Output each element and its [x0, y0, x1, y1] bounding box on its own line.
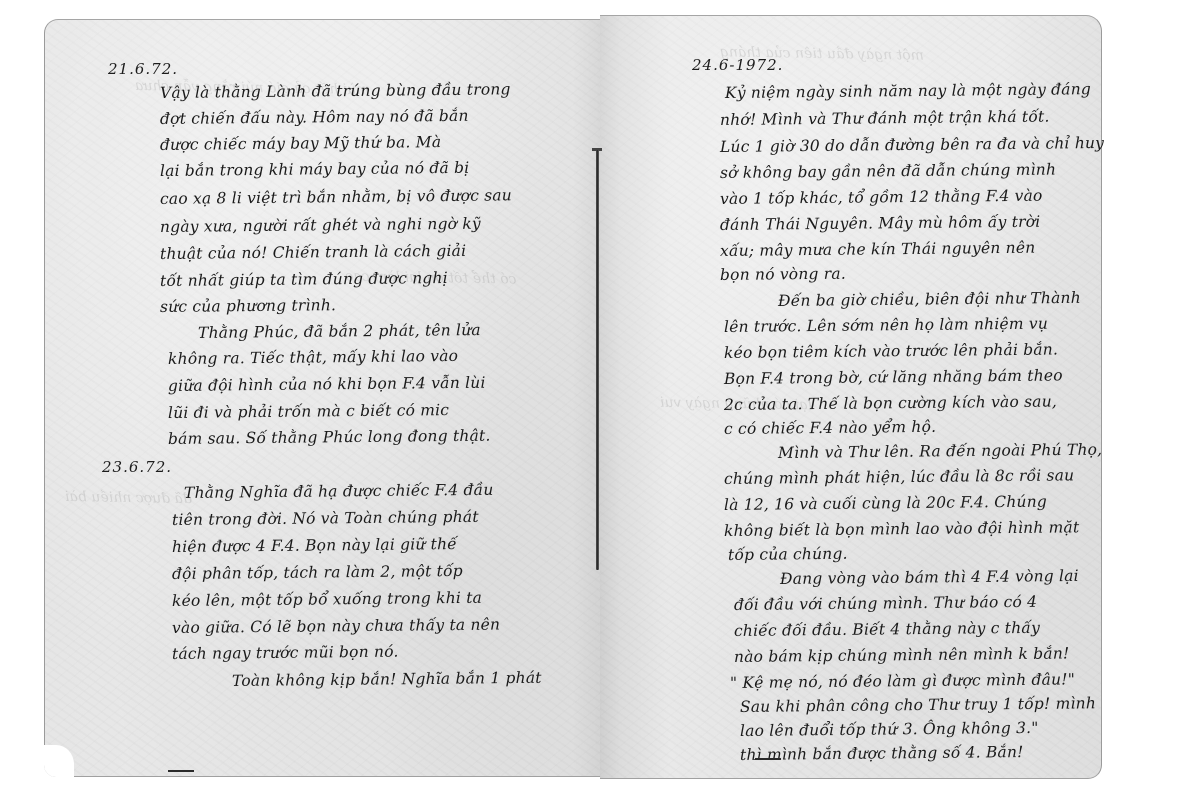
- entry-line: sức của phương trình.: [160, 296, 336, 316]
- entry-line: 2c của ta. Thế là bọn cường kích vào sau…: [724, 393, 1057, 414]
- entry-line: " Kệ mẹ nó, nó đéo làm gì được mình đâu!…: [730, 670, 1075, 692]
- entry-line: Mình và Thư lên. Ra đến ngoài Phú Thọ,: [778, 441, 1102, 462]
- entry-line: được chiếc máy bay Mỹ thứ ba. Mà: [160, 133, 441, 154]
- entry-line: nào bám kịp chúng mình nên mình k bắn!: [734, 644, 1070, 666]
- entry-line: đánh Thái Nguyên. Mây mù hôm ấy trời: [720, 213, 1041, 234]
- entry-line: cao xạ 8 li việt trì bắn nhằm, bị vô đượ…: [160, 186, 512, 208]
- entry-line: Toàn không kịp bắn! Nghĩa bắn 1 phát: [232, 669, 542, 690]
- entry-line: là 12, 16 và cuối cùng là 20c F.4. Chúng: [724, 493, 1047, 514]
- entry-line: nhớ! Mình và Thư đánh một trận khá tốt.: [720, 108, 1050, 129]
- entry-line: bọn nó vòng ra.: [720, 265, 846, 284]
- entry-line: lên trước. Lên sớm nên họ làm nhiệm vụ: [724, 315, 1048, 336]
- entry-line: đợt chiến đấu này. Hôm nay nó đã bắn: [160, 107, 469, 128]
- entry-line: Bọn F.4 trong bờ, cứ lăng nhăng bám theo: [724, 366, 1063, 388]
- entry-line: bám sau. Số thằng Phúc long đong thật.: [168, 427, 491, 448]
- entry-line: tiên trong đời. Nó và Toàn chúng phát: [172, 508, 479, 529]
- entry-line: lại bắn trong khi máy bay của nó đã bị: [160, 159, 469, 180]
- entry-line: thuật của nó! Chiến tranh là cách giải: [160, 242, 466, 263]
- entry-line: chiếc đối đầu. Biết 4 thằng này c thấy: [734, 619, 1040, 640]
- entry-line: đội phân tốp, tách ra làm 2, một tốp: [172, 562, 463, 583]
- entry-line: Thằng Nghĩa đã hạ được chiếc F.4 đầu: [184, 481, 494, 502]
- page-end-mark: [755, 758, 781, 760]
- entry-line: lao lên đuổi tốp thứ 3. Ông không 3.": [740, 719, 1039, 740]
- entry-line: Sau khi phân công cho Thư truy 1 tốp! mì…: [740, 694, 1096, 716]
- entry-line: giữa đội hình của nó khi bọn F.4 vẫn lùi: [168, 374, 486, 395]
- ink-bleed-through: đã được nhiều bài: [65, 489, 192, 507]
- entry-line: vào giữa. Có lẽ bọn này chưa thấy ta nên: [172, 616, 500, 637]
- entry-line: lũi đi và phải trốn mà c biết có mic: [168, 401, 449, 422]
- notebook-binding: [596, 150, 599, 570]
- entry-line: chúng mình phát hiện, lúc đầu là 8c rồi …: [724, 466, 1074, 488]
- entry-line: Kỷ niệm ngày sinh năm nay là một ngày đá…: [725, 80, 1091, 102]
- entry-date: 21.6.72.: [108, 60, 178, 78]
- left-page: mùi hết cả gió núi rằng vẫn chưa có thể …: [44, 19, 600, 777]
- entry-line: kéo bọn tiêm kích vào trước lên phải bắn…: [724, 341, 1058, 362]
- entry-line: sở không bay gần nên đã dẫn chúng mình: [720, 160, 1056, 182]
- open-notebook: mùi hết cả gió núi rằng vẫn chưa có thể …: [0, 0, 1200, 795]
- entry-line: đối đầu với chúng mình. Thư báo có 4: [734, 593, 1037, 614]
- entry-date: 23.6.72.: [102, 458, 172, 476]
- entry-date: 24.6-1972.: [692, 56, 783, 74]
- entry-line: xấu; mây mưa che kín Thái nguyên nên: [720, 239, 1036, 260]
- entry-line: Đến ba giờ chiều, biên đội như Thành: [778, 289, 1081, 310]
- entry-line: Thằng Phúc, đã bắn 2 phát, tên lửa: [198, 321, 481, 342]
- entry-line: kéo lên, một tốp bổ xuống trong khi ta: [172, 589, 482, 610]
- entry-line: không ra. Tiếc thật, mấy khi lao vào: [168, 347, 458, 368]
- entry-line: tách ngay trước mũi bọn nó.: [172, 643, 399, 663]
- entry-line: vào 1 tốp khác, tổ gồm 12 thằng F.4 vào: [720, 187, 1043, 208]
- entry-line: tốp của chúng.: [728, 545, 848, 564]
- entry-line: Vậy là thằng Lành đã trúng bùng đầu tron…: [160, 80, 511, 102]
- entry-line: tốt nhất giúp ta tìm đúng được nghị: [160, 269, 448, 290]
- entry-line: c có chiếc F.4 nào yểm hộ.: [724, 418, 936, 438]
- entry-line: thì mình bắn được thằng số 4. Bắn!: [740, 743, 1024, 764]
- entry-line: hiện được 4 F.4. Bọn này lại giữ thế: [172, 535, 457, 556]
- entry-line: ngày xưa, người rất ghét và nghi ngờ kỹ: [160, 215, 481, 236]
- entry-line: Đang vòng vào bám thì 4 F.4 vòng lại: [780, 567, 1079, 588]
- entry-line: không biết là bọn mình lao vào đội hình …: [724, 518, 1080, 540]
- page-end-mark: [168, 770, 194, 772]
